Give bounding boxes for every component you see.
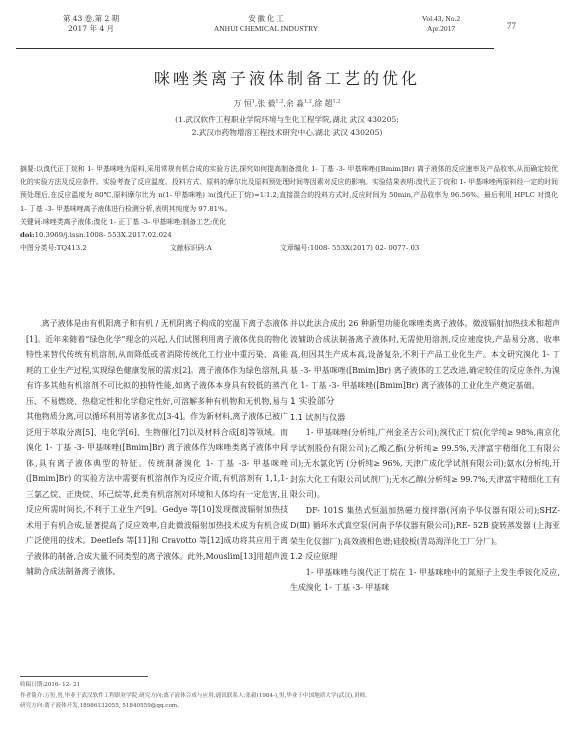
- abstract-label: 摘要:: [20, 165, 36, 173]
- header-volume-en: Vol.43, No.2 Apr.2017: [391, 14, 491, 34]
- affiliation-1: (1.武汉软件工程职业学院环境与生化工程学院,湖北 武汉 430205;: [0, 113, 574, 126]
- article-no-label: 文章编号:: [280, 242, 310, 255]
- abstract-block: 摘要:以溴代正丁烷和 1- 甲基咪唑为原料,采用常规有机合成的实验方法,探究如何…: [20, 163, 558, 255]
- page-number: 77: [507, 21, 516, 31]
- author-bio-line-1: 作者简介:万恒,男,毕业于武汉软件工程职业学院,研究方向:离子液体合成与应用;通…: [20, 691, 560, 702]
- doc-code-value: A: [207, 242, 212, 255]
- classification-row: 中图分类号:TQ413.2文献标识码:A文章编号:1008- 553X(2017…: [20, 242, 558, 255]
- volume-en: Vol.43, No.2: [391, 14, 491, 24]
- header-volume-cn: 第 43 卷,第 2 期 2017 年 4 月: [36, 14, 146, 34]
- doi-label: doi:: [20, 231, 35, 239]
- abstract: 摘要:以溴代正丁烷和 1- 甲基咪唑为原料,采用常规有机合成的实验方法,探究如何…: [20, 163, 558, 216]
- header-journal: 安 徽 化 工 ANHUI CHEMICAL INDUSTRY: [186, 14, 346, 34]
- keywords-label: 关键词:: [20, 218, 43, 226]
- keywords: 关键词:咪唑类离子液体;溴化 1- 正丁基 -3- 甲基咪唑;制备工艺;优化: [20, 216, 558, 229]
- clc-value: TQ413.2: [57, 242, 87, 255]
- author: 徐 超1,2: [314, 99, 340, 108]
- date-en: Apr.2017: [391, 24, 491, 34]
- body-column-left: 离子液体是由有机阳离子和有机 / 无机阴离子构成的室温下离子态液体[1]。近年来…: [26, 316, 288, 580]
- section-heading-1-1: 1.1 试剂与仪器: [290, 410, 560, 426]
- abstract-text: 以溴代正丁烷和 1- 甲基咪唑为原料,采用常规有机合成的实验方法,探究如何提高制…: [20, 165, 558, 213]
- reagents-paragraph: 1- 甲基咪唑(分析纯,广州金圣吉公司);溴代正丁烷(化学纯≥ 98%,南京化学…: [290, 425, 560, 503]
- doi: doi:10.3969/j.issn.1008- 553X.2017.02.02…: [20, 229, 558, 242]
- footnotes: 收稿日期:2016- 12- 21 作者简介:万恒,男,毕业于武汉软件工程职业学…: [20, 680, 560, 712]
- intro-paragraph: 离子液体是由有机阳离子和有机 / 无机阴离子构成的室温下离子态液体[1]。近年来…: [26, 316, 288, 580]
- keywords-text: 咪唑类离子液体;溴化 1- 正丁基 -3- 甲基咪唑;制备工艺;优化: [43, 218, 226, 226]
- instruments-paragraph: DF- 101S 集热式恒温加热磁力搅拌器(河南予华仪器有限公司);SHZ- D…: [290, 503, 560, 550]
- section-heading-1-2: 1.2 反应原理: [290, 549, 560, 565]
- principle-paragraph: 1- 甲基咪唑与溴代正丁烷在 1- 甲基咪唑中的氮原子上发生季铵化反应,生成溴化…: [290, 565, 560, 596]
- author-bio-line-2: 研究方向:离子液体开发,18986132055, 51840559@qq.com…: [20, 701, 560, 712]
- author-list: 万 恒1,张 毅1,2,余 淼1,2,徐 超1,2: [0, 98, 574, 109]
- paper-title: 咪唑类离子液体制备工艺的优化: [0, 66, 574, 89]
- date-cn: 2017 年 4 月: [36, 24, 146, 34]
- journal-name-en: ANHUI CHEMICAL INDUSTRY: [186, 24, 346, 34]
- body-column-right: 并以此法合成出 26 种新型功能化咪唑类离子液体。微波辐射加热技术和超声波辅助合…: [290, 316, 560, 596]
- affiliations: (1.武汉软件工程职业学院环境与生化工程学院,湖北 武汉 430205; 2.武…: [0, 113, 574, 139]
- author: 余 淼1,2: [286, 99, 312, 108]
- running-header: 第 43 卷,第 2 期 2017 年 4 月 安 徽 化 工 ANHUI CH…: [16, 12, 494, 49]
- intro-paragraph-continued: 并以此法合成出 26 种新型功能化咪唑类离子液体。微波辐射加热技术和超声波辅助合…: [290, 316, 560, 394]
- volume-cn: 第 43 卷,第 2 期: [36, 14, 146, 24]
- received-date: 收稿日期:2016- 12- 21: [20, 680, 560, 691]
- doi-link[interactable]: 10.3969/j.issn.1008- 553X.2017.02.024: [35, 231, 172, 239]
- author: 张 毅1,2: [257, 99, 283, 108]
- author: 万 恒1: [234, 99, 255, 108]
- doc-code-label: 文献标识码:: [170, 242, 207, 255]
- journal-name-cn: 安 徽 化 工: [186, 14, 346, 24]
- affiliation-2: 2.武汉市药物增溶工程技术研究中心,湖北 武汉 430205): [0, 126, 574, 139]
- article-no-value: 1008- 553X(2017) 02- 0077- 03: [310, 242, 419, 255]
- section-heading-1: 1 实验部分: [290, 394, 560, 410]
- clc-label: 中图分类号:: [20, 242, 57, 255]
- footnote-divider: [20, 676, 148, 677]
